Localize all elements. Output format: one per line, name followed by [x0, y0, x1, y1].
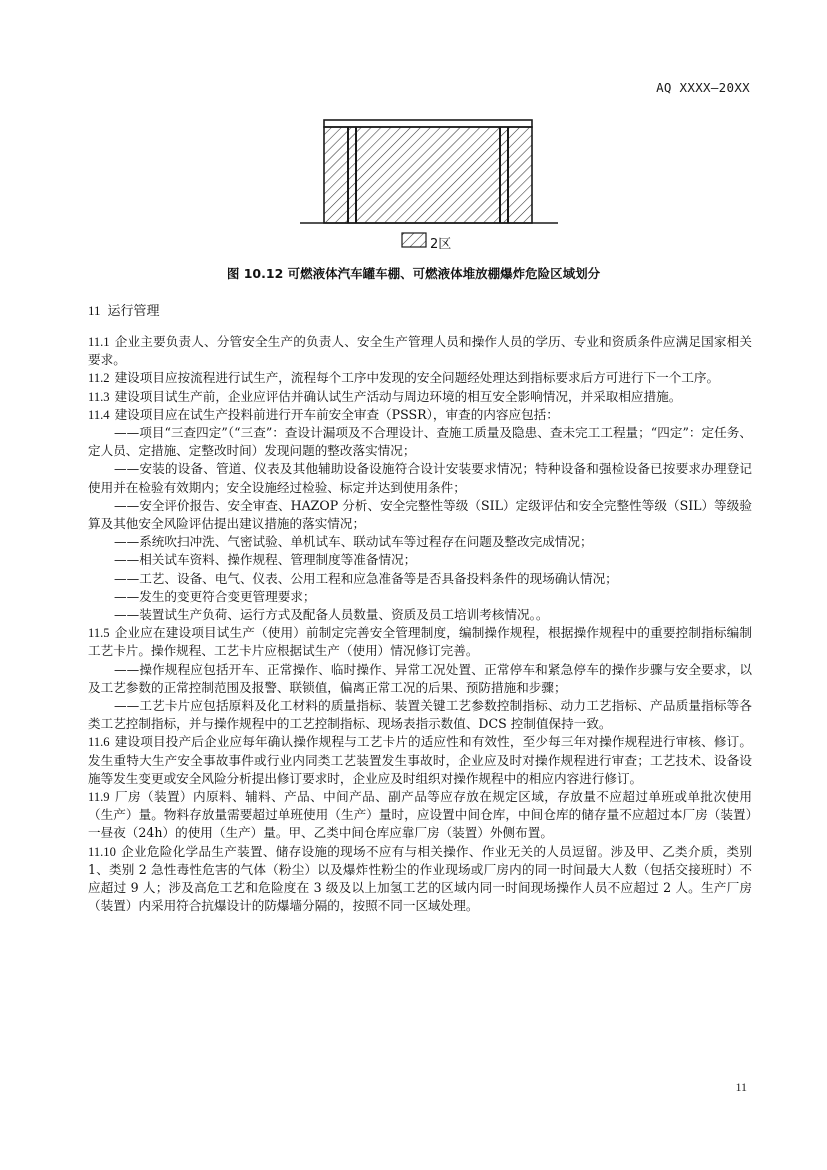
- hatch-pattern-icon: [402, 233, 426, 247]
- list-item: ——装置试生产负荷、运行方式及配备人员数量、资质及员工培训考核情况。。: [88, 606, 752, 624]
- clause-11-5: 11.5企业应在建设项目试生产（使用）前制定完善安全管理制度，编制操作规程，根据…: [88, 624, 752, 660]
- clauses-body: 11.1企业主要负责人、分管安全生产的负责人、安全生产管理人员和操作人员的学历、…: [88, 333, 752, 916]
- figure-caption: 图 10.12 可燃液体汽车罐车棚、可燃液体堆放棚爆炸危险区域划分: [0, 264, 827, 282]
- document-code-header: AQ XXXX—20XX: [656, 80, 750, 95]
- clause-11-10: 11.10企业危险化学品生产装置、储存设施的现场不应有与相关操作、作业无关的人员…: [88, 843, 752, 916]
- clause-11-3: 11.3建设项目试生产前，企业应评估并确认试生产活动与周边环境的相互安全影响情况…: [88, 388, 752, 406]
- hazard-zone-figure: 2区: [0, 112, 827, 262]
- clause-11-9: 11.9厂房（装置）内原料、辅料、产品、中间产品、副产品等应存放在规定区域，存放…: [88, 788, 752, 843]
- shed-cross-section-diagram: [0, 112, 827, 262]
- list-item: ——工艺、设备、电气、仪表、公用工程和应急准备等是否具备投料条件的现场确认情况；: [88, 570, 752, 588]
- list-item: ——项目“三查四定”（“三查”：查设计漏项及不合理设计、查施工质量及隐患、查未完…: [88, 424, 752, 460]
- list-item: ——发生的变更符合变更管理要求；: [88, 588, 752, 606]
- page-number: 11: [735, 1080, 747, 1095]
- clause-11-2: 11.2建设项目应按流程进行试生产，流程每个工序中发现的安全问题经处理达到指标要…: [88, 369, 752, 387]
- clause-11-4: 11.4建设项目应在试生产投料前进行开车前安全审查（PSSR），审查的内容应包括…: [88, 406, 752, 424]
- clause-11-6: 11.6建设项目投产后企业应每年确认操作规程与工艺卡片的适应性和有效性，至少每三…: [88, 733, 752, 788]
- legend-label: 2区: [430, 233, 451, 252]
- list-item: ——工艺卡片应包括原料及化工材料的质量指标、装置关键工艺参数控制指标、动力工艺指…: [88, 697, 752, 733]
- section-heading: 11运行管理: [88, 300, 160, 319]
- list-item: ——系统吹扫冲洗、气密试验、单机试车、联动试车等过程存在问题及整改完成情况；: [88, 533, 752, 551]
- list-item: ——安全评价报告、安全审查、HAZOP 分析、安全完整性等级（SIL）定级评估和…: [88, 497, 752, 533]
- list-item: ——安装的设备、管道、仪表及其他辅助设备设施符合设计安装要求情况；特种设备和强检…: [88, 460, 752, 496]
- section-title: 运行管理: [108, 304, 160, 319]
- clause-11-1: 11.1企业主要负责人、分管安全生产的负责人、安全生产管理人员和操作人员的学历、…: [88, 333, 752, 369]
- list-item: ——操作规程应包括开车、正常操作、临时操作、异常工况处置、正常停车和紧急停车的操…: [88, 661, 752, 697]
- section-number: 11: [88, 303, 101, 318]
- list-item: ——相关试车资料、操作规程、管理制度等准备情况；: [88, 551, 752, 569]
